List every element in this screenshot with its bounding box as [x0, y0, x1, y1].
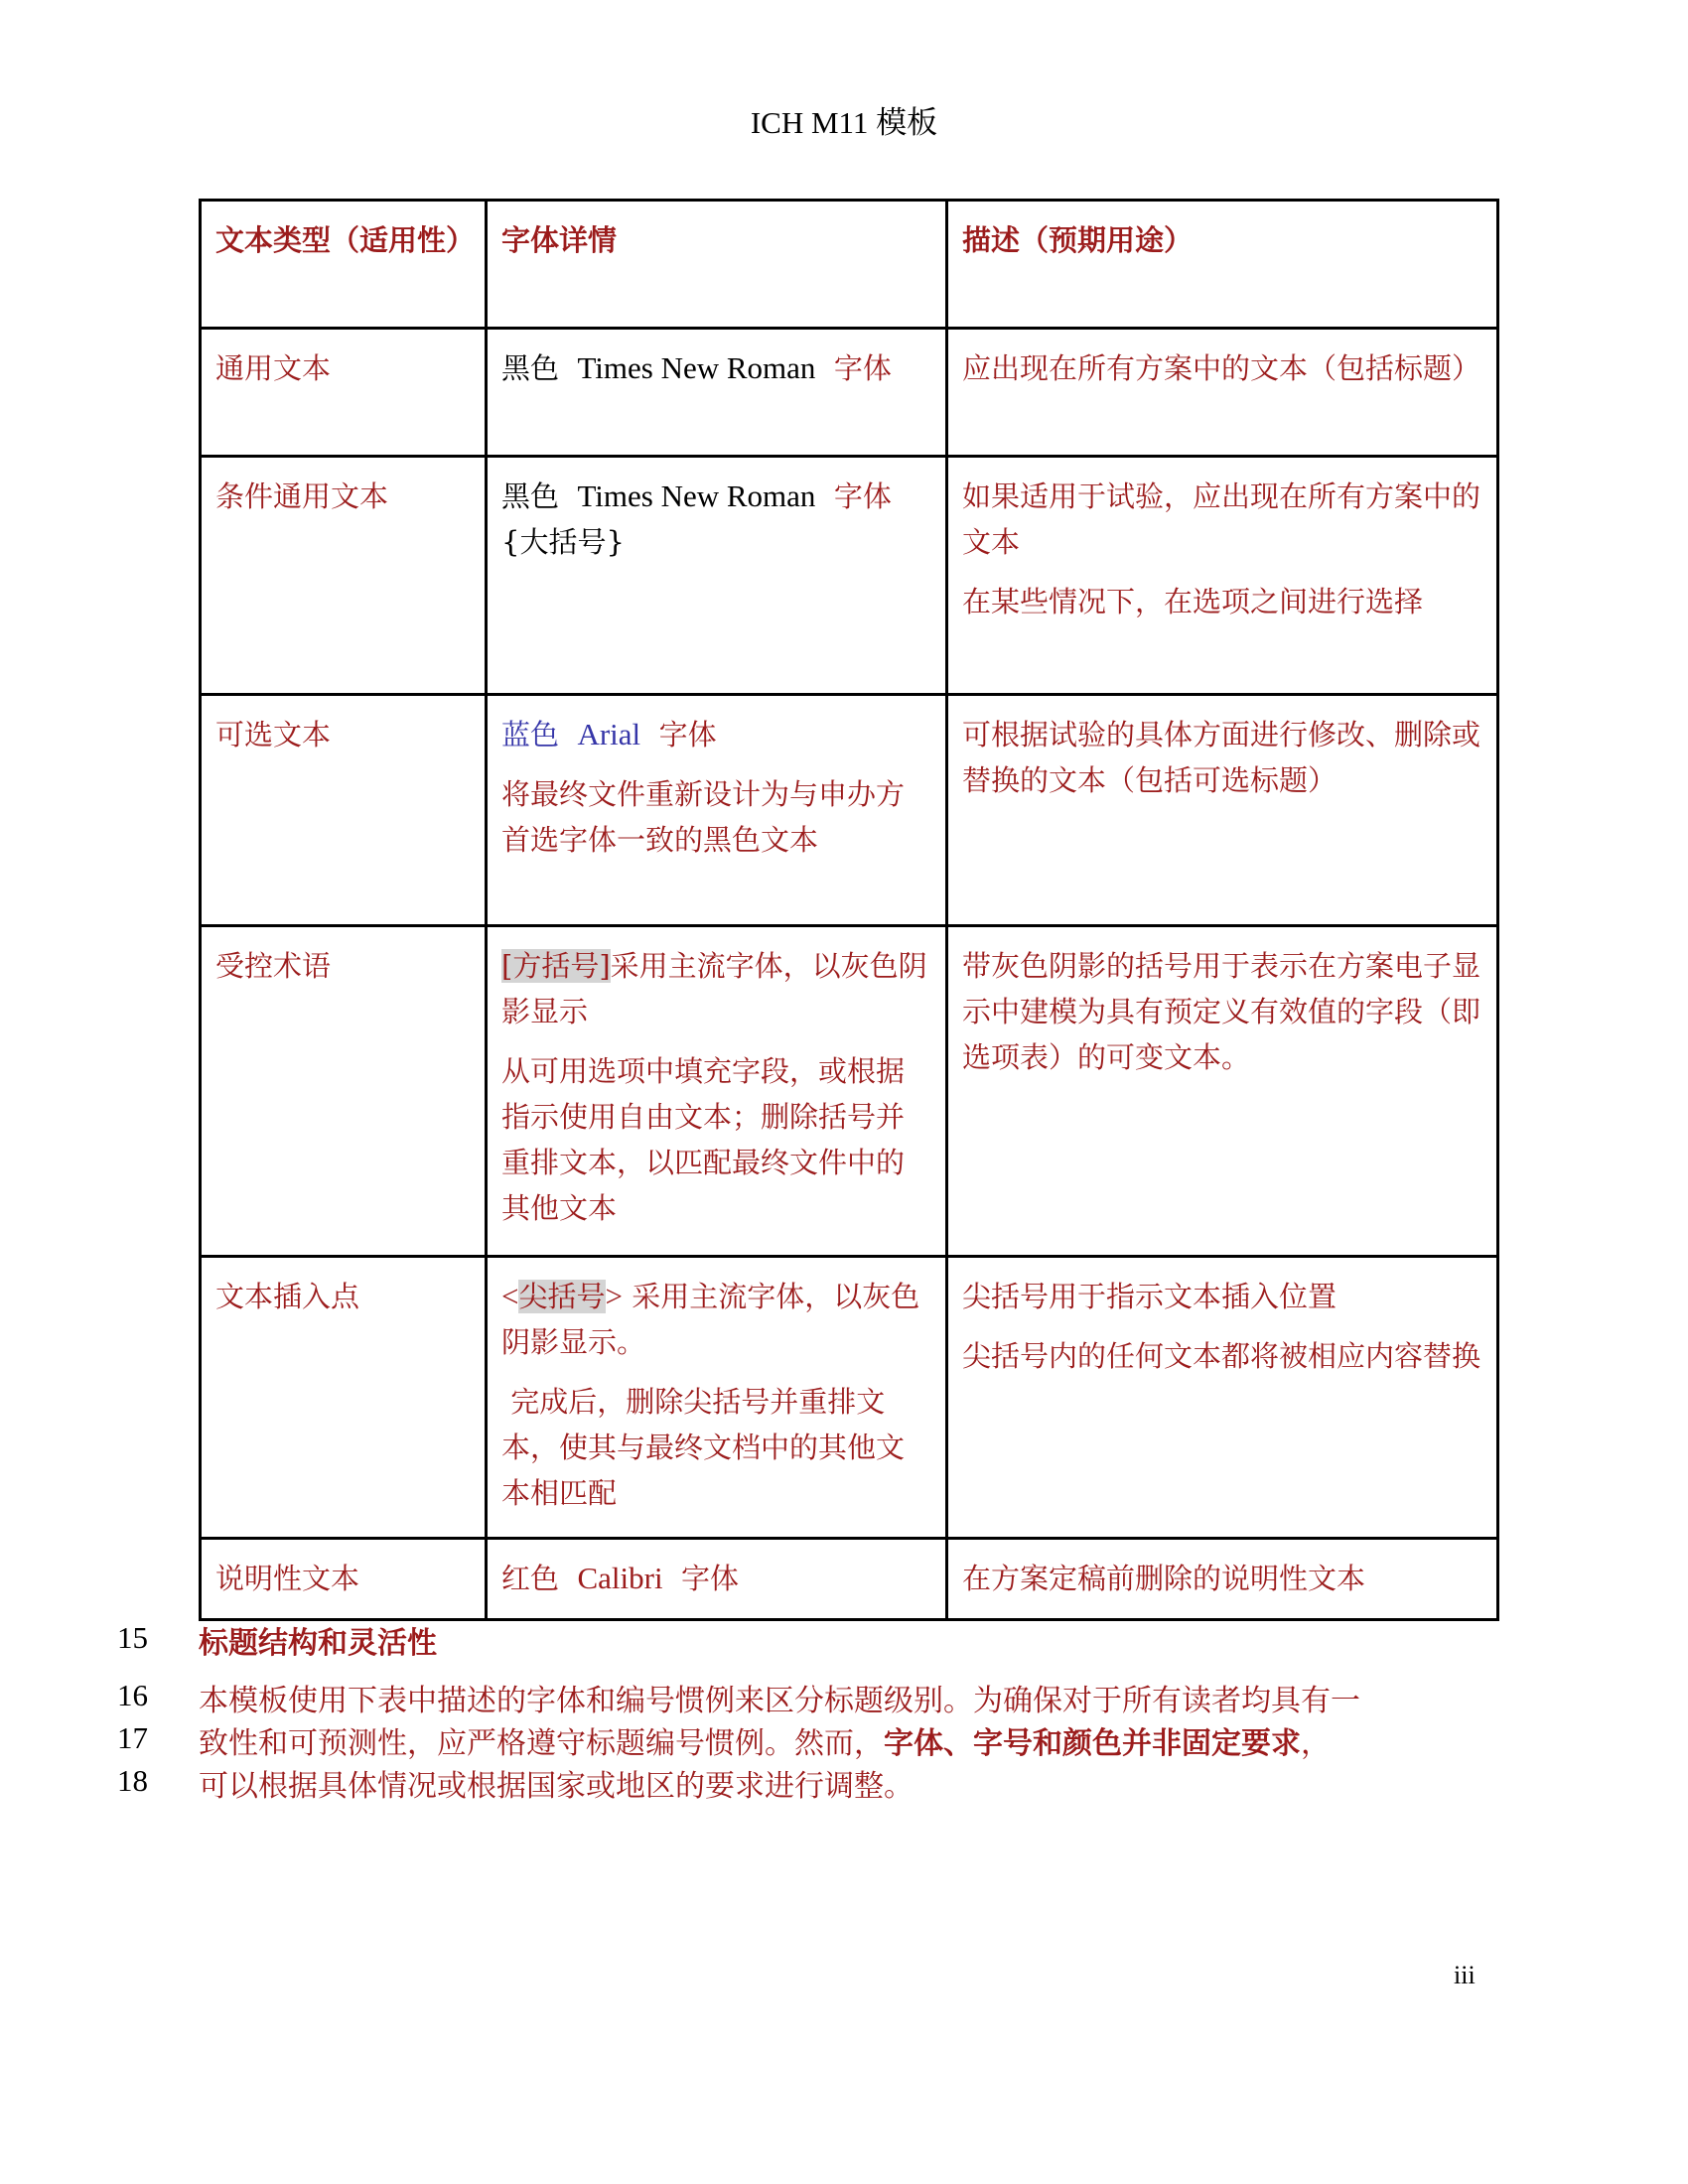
- emphasis-text: 字体、字号和颜色并非固定要求: [884, 1726, 1301, 1761]
- body-line: 可以根据具体情况或根据国家或地区的要求进行调整。: [199, 1761, 914, 1805]
- font-color-word: 黑色: [501, 351, 559, 385]
- cell-description: 如果适用于试验，应出现在所有方案中的文本 在某些情况下，在选项之间进行选择: [947, 457, 1498, 695]
- table-row: 文本插入点 <尖括号> 采用主流字体，以灰色阴影显示。 完成后，删除尖括号并重排…: [201, 1257, 1498, 1539]
- column-header-font-details: 字体详情: [487, 201, 947, 329]
- cell-font-details: 黑色 Times New Roman 字体: [487, 329, 947, 457]
- description-paragraph: 在方案定稿前删除的说明性文本: [962, 1556, 1482, 1601]
- font-suffix: 字体: [834, 479, 892, 513]
- body-text: ，: [1301, 1726, 1331, 1761]
- description-paragraph: 在某些情况下，在选项之间进行选择: [962, 579, 1482, 624]
- description-paragraph: 应出现在所有方案中的文本（包括标题）: [962, 345, 1482, 391]
- curly-brace-example: {大括号}: [501, 525, 625, 559]
- font-name: Times New Roman: [577, 350, 815, 385]
- font-note: 完成后，删除尖括号并重排文本，使其与最终文档中的其他文本相匹配: [501, 1379, 931, 1516]
- cell-font-details: 红色 Calibri 字体: [487, 1539, 947, 1620]
- cell-text-type: 受控术语: [201, 926, 487, 1257]
- description-paragraph: 如果适用于试验，应出现在所有方案中的文本: [962, 474, 1482, 565]
- section-heading: 标题结构和灵活性: [199, 1618, 437, 1662]
- cell-text-type: 可选文本: [201, 695, 487, 926]
- angle-open: <: [501, 1279, 518, 1313]
- cell-description: 在方案定稿前删除的说明性文本: [947, 1539, 1498, 1620]
- table-row: 通用文本 黑色 Times New Roman 字体 应出现在所有方案中的文本（…: [201, 329, 1498, 457]
- body-line: 本模板使用下表中描述的字体和编号惯例来区分标题级别。为确保对于所有读者均具有一: [199, 1676, 1360, 1719]
- font-color-word: 红色: [501, 1562, 559, 1595]
- cell-text-type: 条件通用文本: [201, 457, 487, 695]
- font-suffix: 字体: [834, 351, 892, 385]
- cell-description: 应出现在所有方案中的文本（包括标题）: [947, 329, 1498, 457]
- font-suffix: 字体: [681, 1562, 739, 1595]
- cell-text-type: 通用文本: [201, 329, 487, 457]
- square-bracket-example: [方括号]: [501, 949, 611, 983]
- angle-close: >: [606, 1279, 623, 1313]
- table-row: 受控术语 [方括号]采用主流字体，以灰色阴影显示 从可用选项中填充字段，或根据指…: [201, 926, 1498, 1257]
- font-suffix: 字体: [659, 718, 717, 751]
- column-header-text-type: 文本类型（适用性）: [201, 201, 487, 329]
- line-number: 17: [117, 1720, 148, 1756]
- table-header-row: 文本类型（适用性） 字体详情 描述（预期用途）: [201, 201, 1498, 329]
- description-paragraph: 可根据试验的具体方面进行修改、删除或替换的文本（包括可选标题）: [962, 712, 1482, 803]
- line-number: 18: [117, 1763, 148, 1799]
- font-color-word: 黑色: [501, 479, 559, 513]
- font-name: Arial: [577, 717, 640, 751]
- line-number: 16: [117, 1678, 148, 1713]
- font-color-word: 蓝色: [501, 718, 559, 751]
- body-line: 致性和可预测性，应严格遵守标题编号惯例。然而，字体、字号和颜色并非固定要求，: [199, 1718, 1331, 1762]
- table-row: 说明性文本 红色 Calibri 字体 在方案定稿前删除的说明性文本: [201, 1539, 1498, 1620]
- text-type-table: 文本类型（适用性） 字体详情 描述（预期用途） 通用文本 黑色 Times Ne…: [199, 199, 1499, 1621]
- cell-description: 可根据试验的具体方面进行修改、删除或替换的文本（包括可选标题）: [947, 695, 1498, 926]
- cell-font-details: <尖括号> 采用主流字体，以灰色阴影显示。 完成后，删除尖括号并重排文本，使其与…: [487, 1257, 947, 1539]
- font-note: 将最终文件重新设计为与申办方首选字体一致的黑色文本: [501, 771, 931, 863]
- table-row: 条件通用文本 黑色 Times New Roman 字体 {大括号} 如果适用于…: [201, 457, 1498, 695]
- body-text: 致性和可预测性，应严格遵守标题编号惯例。然而，: [199, 1726, 884, 1761]
- description-paragraph: 带灰色阴影的括号用于表示在方案电子显示中建模为具有预定义有效值的字段（即选项表）…: [962, 943, 1482, 1080]
- page-number: iii: [1454, 1961, 1476, 1990]
- font-name: Times New Roman: [577, 478, 815, 513]
- font-note: 从可用选项中填充字段，或根据指示使用自由文本；删除括号并重排文本，以匹配最终文件…: [501, 1048, 931, 1231]
- page-header-title: ICH M11 模板: [0, 97, 1688, 142]
- cell-text-type: 说明性文本: [201, 1539, 487, 1620]
- cell-text-type: 文本插入点: [201, 1257, 487, 1539]
- description-paragraph: 尖括号用于指示文本插入位置: [962, 1274, 1482, 1319]
- cell-description: 尖括号用于指示文本插入位置 尖括号内的任何文本都将被相应内容替换: [947, 1257, 1498, 1539]
- line-number: 15: [117, 1620, 148, 1656]
- angle-bracket-example: 尖括号: [518, 1280, 605, 1313]
- description-paragraph: 尖括号内的任何文本都将被相应内容替换: [962, 1333, 1482, 1379]
- cell-font-details: 黑色 Times New Roman 字体 {大括号}: [487, 457, 947, 695]
- table-row: 可选文本 蓝色 Arial 字体 将最终文件重新设计为与申办方首选字体一致的黑色…: [201, 695, 1498, 926]
- font-name: Calibri: [577, 1561, 662, 1595]
- cell-font-details: [方括号]采用主流字体，以灰色阴影显示 从可用选项中填充字段，或根据指示使用自由…: [487, 926, 947, 1257]
- cell-font-details: 蓝色 Arial 字体 将最终文件重新设计为与申办方首选字体一致的黑色文本: [487, 695, 947, 926]
- column-header-description: 描述（预期用途）: [947, 201, 1498, 329]
- cell-description: 带灰色阴影的括号用于表示在方案电子显示中建模为具有预定义有效值的字段（即选项表）…: [947, 926, 1498, 1257]
